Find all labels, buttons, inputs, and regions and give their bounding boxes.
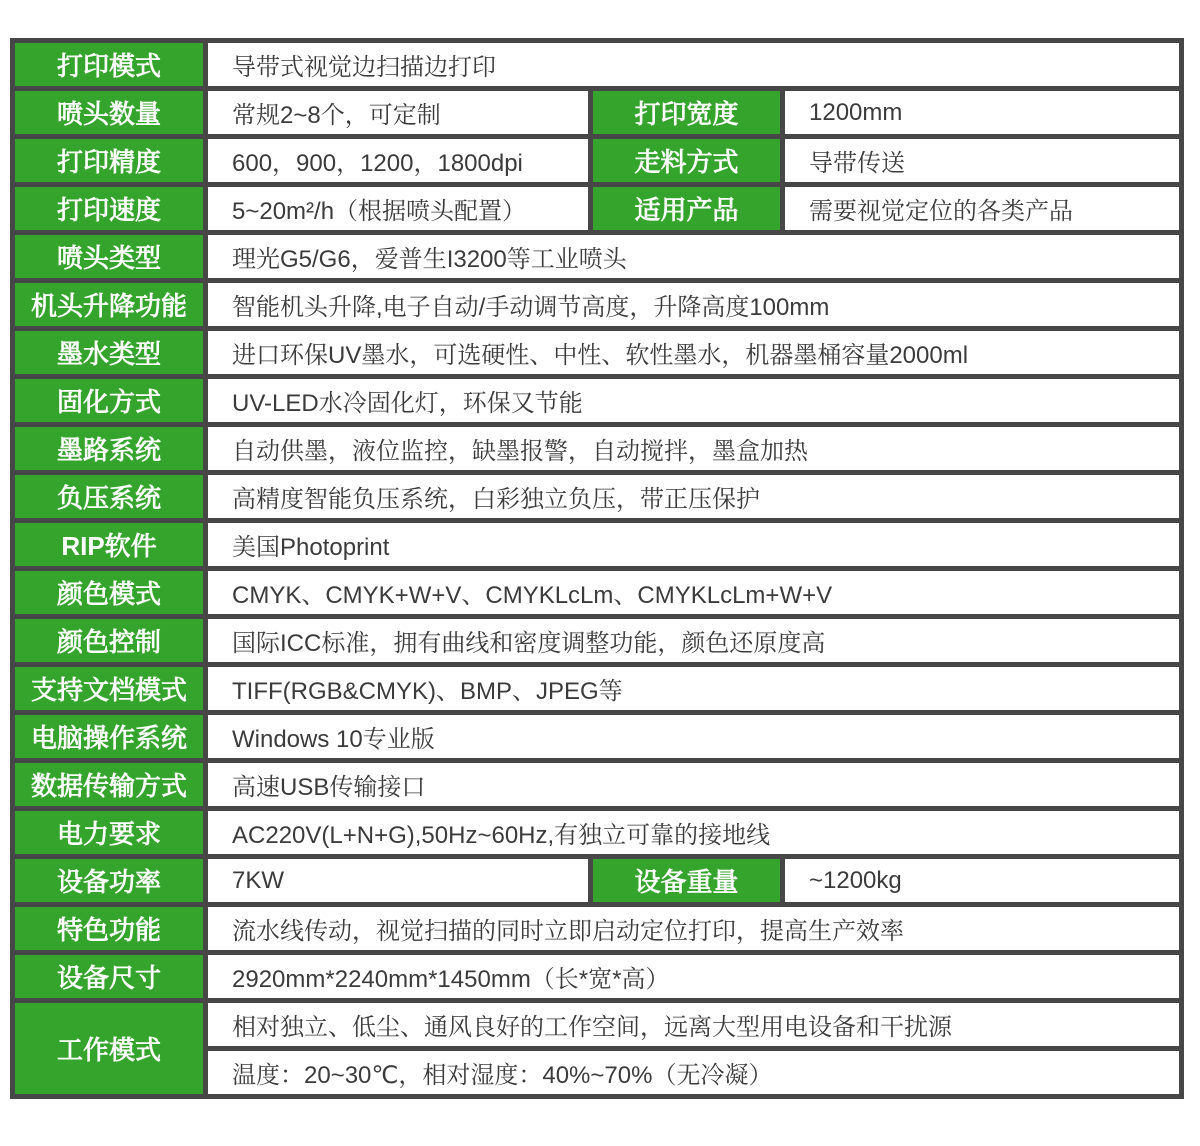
- spec-label-cell: RIP软件: [13, 521, 206, 569]
- spec-value-cell: 1200mm: [783, 89, 1182, 137]
- spec-value-cell: 国际ICC标准，拥有曲线和密度调整功能，颜色还原度高: [206, 617, 1182, 665]
- spec-value-cell: 理光G5/G6，爱普生I3200等工业喷头: [206, 233, 1182, 281]
- table-row: 喷头类型理光G5/G6，爱普生I3200等工业喷头: [13, 233, 1182, 281]
- spec-label-cell: 喷头数量: [13, 89, 206, 137]
- spec-label-cell: 设备功率: [13, 857, 206, 905]
- table-row: 墨路系统自动供墨，液位监控，缺墨报警，自动搅拌，墨盒加热: [13, 425, 1182, 473]
- spec-label-cell: 墨水类型: [13, 329, 206, 377]
- spec-value-cell: 高精度智能负压系统，白彩独立负压，带正压保护: [206, 473, 1182, 521]
- table-row: 电力要求AC220V(L+N+G),50Hz~60Hz,有独立可靠的接地线: [13, 809, 1182, 857]
- spec-label-cell: 喷头类型: [13, 233, 206, 281]
- spec-value-cell: 常规2~8个，可定制: [206, 89, 591, 137]
- spec-value-cell: UV-LED水冷固化灯，环保又节能: [206, 377, 1182, 425]
- spec-label-cell: 走料方式: [591, 137, 783, 185]
- spec-label-cell: 工作模式: [13, 1001, 206, 1097]
- spec-label-cell: 设备重量: [591, 857, 783, 905]
- spec-label-cell: 数据传输方式: [13, 761, 206, 809]
- spec-label-cell: 打印速度: [13, 185, 206, 233]
- spec-value-cell: 流水线传动，视觉扫描的同时立即启动定位打印，提高生产效率: [206, 905, 1182, 953]
- printer-spec-table: 打印模式导带式视觉边扫描边打印喷头数量常规2~8个，可定制打印宽度1200mm打…: [10, 38, 1184, 1099]
- spec-value-cell: ~1200kg: [783, 857, 1182, 905]
- spec-value-cell: 600，900，1200，1800dpi: [206, 137, 591, 185]
- table-row: 工作模式相对独立、低尘、通风良好的工作空间，远离大型用电设备和干扰源: [13, 1001, 1182, 1049]
- table-row: 打印速度5~20m²/h（根据喷头配置）适用产品需要视觉定位的各类产品: [13, 185, 1182, 233]
- spec-value-cell: 5~20m²/h（根据喷头配置）: [206, 185, 591, 233]
- spec-value-cell: TIFF(RGB&CMYK)、BMP、JPEG等: [206, 665, 1182, 713]
- spec-value-cell: AC220V(L+N+G),50Hz~60Hz,有独立可靠的接地线: [206, 809, 1182, 857]
- spec-value-cell: 温度：20~30℃，相对湿度：40%~70%（无冷凝）: [206, 1049, 1182, 1097]
- spec-value-cell: 智能机头升降,电子自动/手动调节高度，升降高度100mm: [206, 281, 1182, 329]
- spec-label-cell: 墨路系统: [13, 425, 206, 473]
- spec-value-cell: 相对独立、低尘、通风良好的工作空间，远离大型用电设备和干扰源: [206, 1001, 1182, 1049]
- spec-label-cell: 打印精度: [13, 137, 206, 185]
- spec-value-cell: 进口环保UV墨水，可选硬性、中性、软性墨水，机器墨桶容量2000ml: [206, 329, 1182, 377]
- table-row: 电脑操作系统Windows 10专业版: [13, 713, 1182, 761]
- table-row: 颜色控制国际ICC标准，拥有曲线和密度调整功能，颜色还原度高: [13, 617, 1182, 665]
- spec-value-cell: 自动供墨，液位监控，缺墨报警，自动搅拌，墨盒加热: [206, 425, 1182, 473]
- spec-label-cell: 特色功能: [13, 905, 206, 953]
- table-row: 支持文档模式TIFF(RGB&CMYK)、BMP、JPEG等: [13, 665, 1182, 713]
- table-row: 颜色模式CMYK、CMYK+W+V、CMYKLcLm、CMYKLcLm+W+V: [13, 569, 1182, 617]
- spec-label-cell: 电力要求: [13, 809, 206, 857]
- spec-label-cell: 负压系统: [13, 473, 206, 521]
- table-row: 特色功能流水线传动，视觉扫描的同时立即启动定位打印，提高生产效率: [13, 905, 1182, 953]
- spec-label-cell: 颜色控制: [13, 617, 206, 665]
- spec-label-cell: 机头升降功能: [13, 281, 206, 329]
- table-row: 负压系统高精度智能负压系统，白彩独立负压，带正压保护: [13, 473, 1182, 521]
- table-row: 设备尺寸2920mm*2240mm*1450mm（长*宽*高）: [13, 953, 1182, 1001]
- spec-value-cell: 导带传送: [783, 137, 1182, 185]
- spec-label-cell: 适用产品: [591, 185, 783, 233]
- spec-label-cell: 设备尺寸: [13, 953, 206, 1001]
- spec-label-cell: 打印宽度: [591, 89, 783, 137]
- table-row: 打印精度600，900，1200，1800dpi走料方式导带传送: [13, 137, 1182, 185]
- table-row: 墨水类型进口环保UV墨水，可选硬性、中性、软性墨水，机器墨桶容量2000ml: [13, 329, 1182, 377]
- spec-value-cell: CMYK、CMYK+W+V、CMYKLcLm、CMYKLcLm+W+V: [206, 569, 1182, 617]
- table-row: 打印模式导带式视觉边扫描边打印: [13, 41, 1182, 89]
- spec-value-cell: 美国Photoprint: [206, 521, 1182, 569]
- spec-label-cell: 固化方式: [13, 377, 206, 425]
- spec-label-cell: 支持文档模式: [13, 665, 206, 713]
- table-row: 固化方式UV-LED水冷固化灯，环保又节能: [13, 377, 1182, 425]
- spec-value-cell: 导带式视觉边扫描边打印: [206, 41, 1182, 89]
- table-row: 机头升降功能智能机头升降,电子自动/手动调节高度，升降高度100mm: [13, 281, 1182, 329]
- table-row: 数据传输方式高速USB传输接口: [13, 761, 1182, 809]
- spec-value-cell: 高速USB传输接口: [206, 761, 1182, 809]
- table-row: 喷头数量常规2~8个，可定制打印宽度1200mm: [13, 89, 1182, 137]
- spec-label-cell: 打印模式: [13, 41, 206, 89]
- spec-value-cell: 需要视觉定位的各类产品: [783, 185, 1182, 233]
- spec-label-cell: 电脑操作系统: [13, 713, 206, 761]
- table-row: RIP软件美国Photoprint: [13, 521, 1182, 569]
- spec-value-cell: Windows 10专业版: [206, 713, 1182, 761]
- spec-value-cell: 2920mm*2240mm*1450mm（长*宽*高）: [206, 953, 1182, 1001]
- spec-table-body: 打印模式导带式视觉边扫描边打印喷头数量常规2~8个，可定制打印宽度1200mm打…: [13, 41, 1182, 1097]
- spec-value-cell: 7KW: [206, 857, 591, 905]
- table-row: 设备功率7KW设备重量~1200kg: [13, 857, 1182, 905]
- spec-label-cell: 颜色模式: [13, 569, 206, 617]
